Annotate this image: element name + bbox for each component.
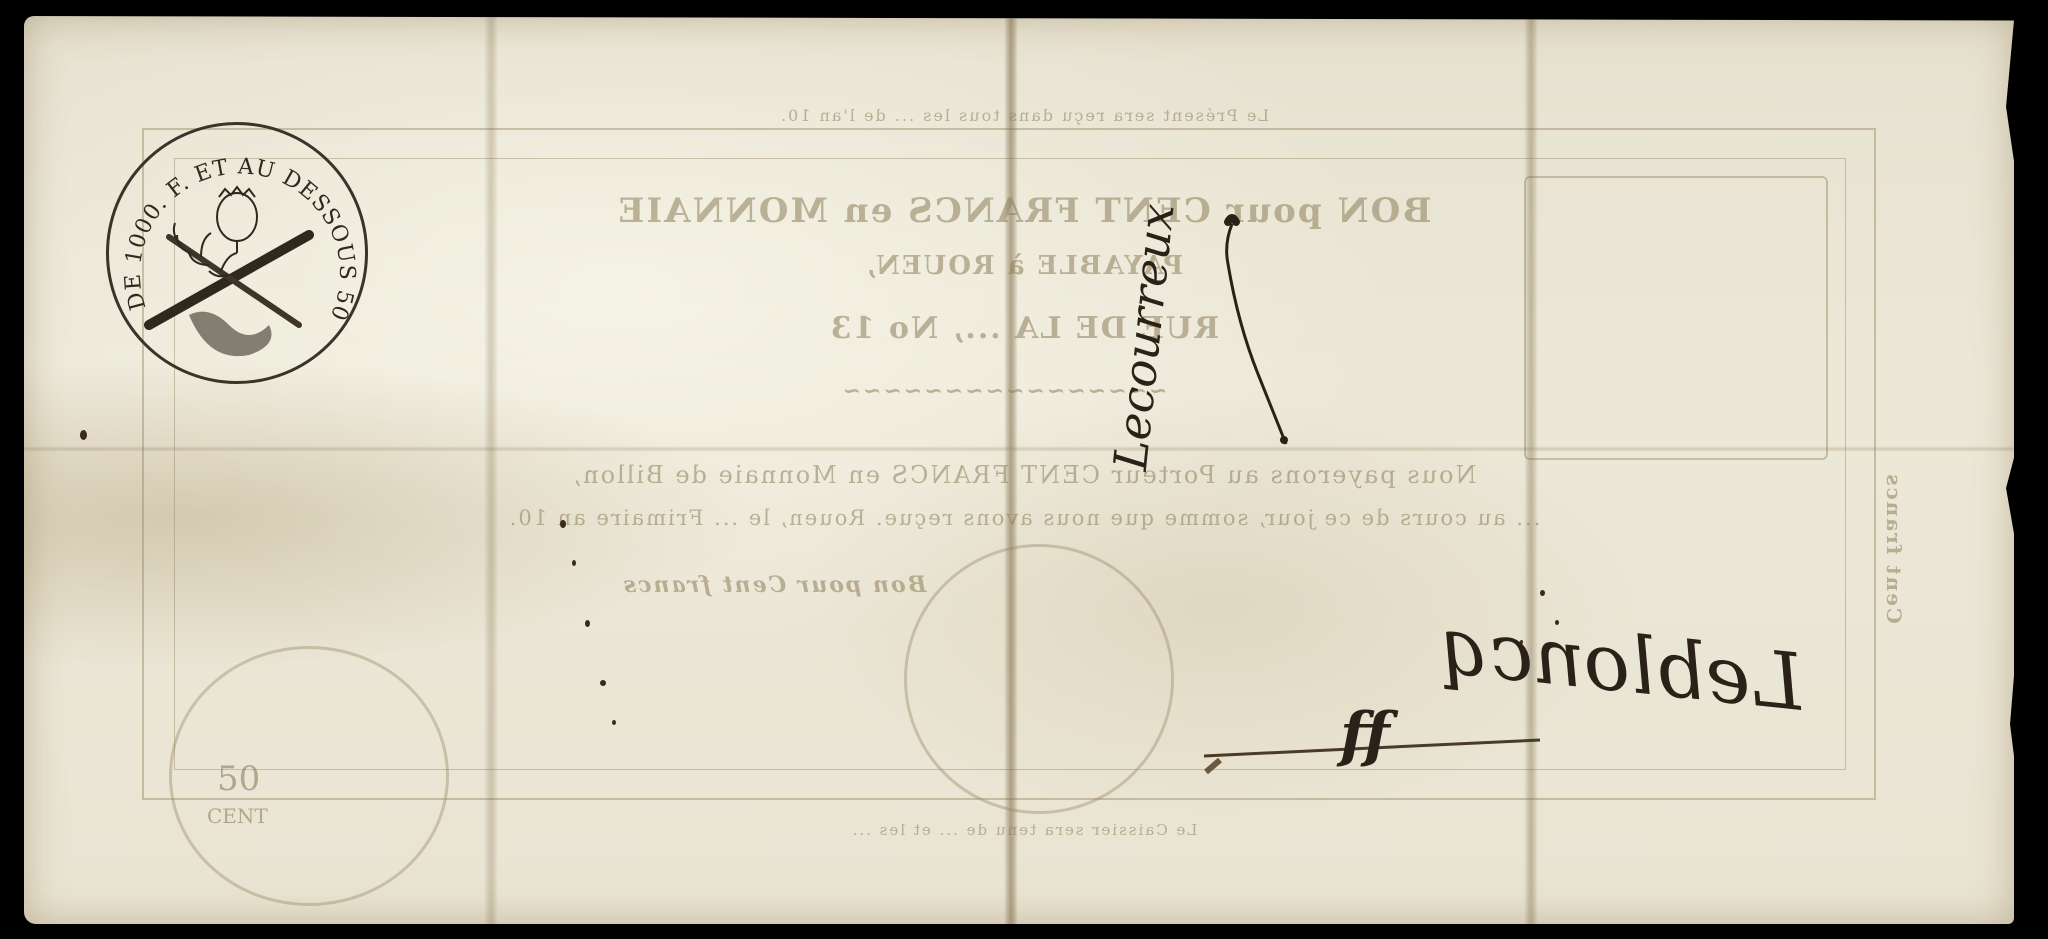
mirrored-body-line2: ... au cours de ce jour, somme que nous … <box>244 506 1804 530</box>
ink-speck <box>612 720 616 725</box>
ink-speck <box>1540 590 1545 596</box>
svg-text:DE 1000. F. ET AU DESSOUS 50 C: DE 1000. F. ET AU DESSOUS 50 CEN. <box>109 125 359 325</box>
ink-speck <box>600 680 606 686</box>
mirrored-title-line1: BON pour CENT FRANCS en MONNAIE <box>584 191 1464 231</box>
ghost-stamp-bottom-left: 50 CENT <box>169 646 449 906</box>
mirrored-amount-line: Bon pour Cent francs <box>594 572 954 598</box>
ink-speck <box>560 520 566 528</box>
poppy-emblem-icon: DE 1000. F. ET AU DESSOUS 50 CEN. <box>109 125 371 387</box>
ghost-stamp-unit: CENT <box>207 804 268 828</box>
horizontal-fold <box>24 446 2014 452</box>
ink-speck <box>1520 640 1523 644</box>
ink-speck <box>80 430 87 440</box>
signature-flourish-icon <box>1180 200 1320 500</box>
mirrored-body-line1: Nous payerons au Porteur CENT FRANCS en … <box>244 461 1804 489</box>
denomination-stamp: DE 1000. F. ET AU DESSOUS 50 CEN. <box>106 122 368 384</box>
ghost-seal-center <box>904 544 1174 814</box>
mirrored-side-text: Cent francs <box>1882 438 1906 658</box>
mirrored-bottom-line: Le Caissier sera tenu de ... et les ... <box>624 821 1424 839</box>
ink-speck <box>1555 620 1559 625</box>
handwritten-mark: ff <box>1340 700 1390 770</box>
ink-speck <box>585 620 590 627</box>
ghost-stamp-value: 50 <box>217 759 260 799</box>
ink-speck <box>572 560 576 566</box>
right-panel-frame <box>1524 176 1828 460</box>
mirrored-top-line: Le Présent sera reçu dans tous les ... d… <box>624 106 1424 125</box>
